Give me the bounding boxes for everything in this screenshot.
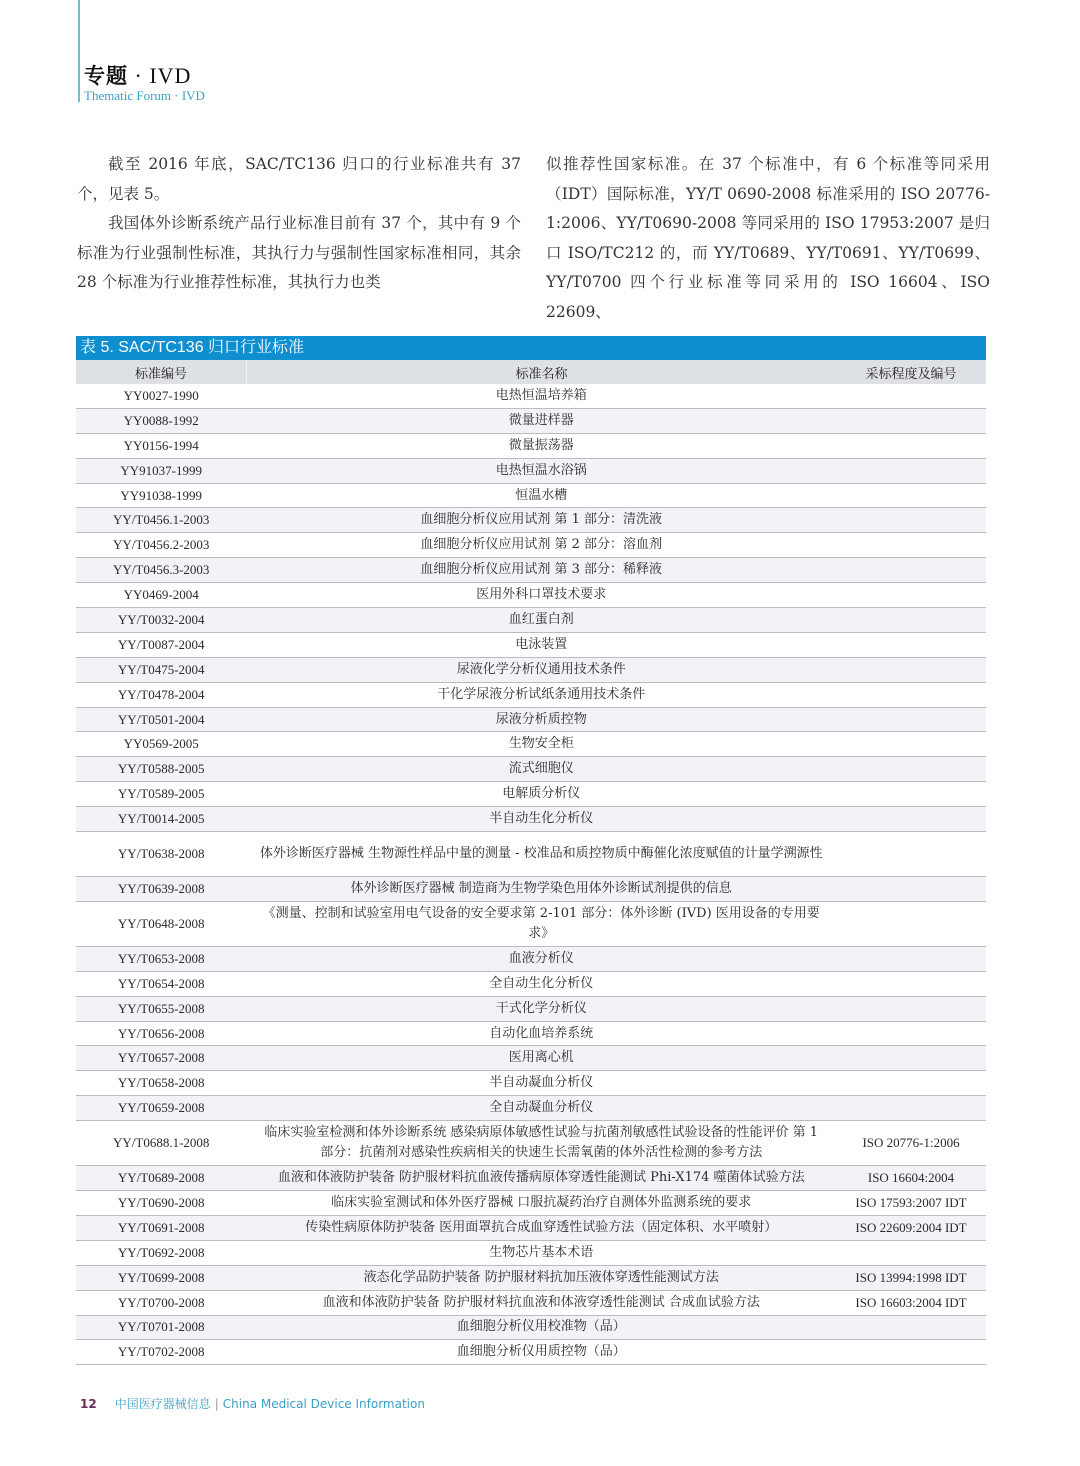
cell-code: YY91038-1999 bbox=[76, 483, 246, 508]
cell-code: YY/T0639-2008 bbox=[76, 877, 246, 902]
cell-iso: ISO 16604:2004 bbox=[836, 1166, 986, 1191]
cell-code: YY0156-1994 bbox=[76, 433, 246, 458]
cell-code: YY/T0690-2008 bbox=[76, 1191, 246, 1216]
cell-name: 血细胞分析仪应用试剂 第 3 部分：稀释液 bbox=[246, 558, 836, 583]
cell-name: 全自动生化分析仪 bbox=[246, 971, 836, 996]
cell-code: YY/T0655-2008 bbox=[76, 996, 246, 1021]
cell-name: 半自动生化分析仪 bbox=[246, 807, 836, 832]
table-row: YY/T0639-2008体外诊断医疗器械 制造商为生物学染色用体外诊断试剂提供… bbox=[76, 877, 986, 902]
table-row: YY/T0456.2-2003血细胞分析仪应用试剂 第 2 部分：溶血剂 bbox=[76, 533, 986, 558]
cell-code: YY/T0032-2004 bbox=[76, 608, 246, 633]
table-row: YY/T0655-2008干式化学分析仪 bbox=[76, 996, 986, 1021]
cell-iso bbox=[836, 832, 986, 877]
cell-code: YY/T0456.1-2003 bbox=[76, 508, 246, 533]
cell-iso bbox=[836, 1046, 986, 1071]
cell-code: YY/T0654-2008 bbox=[76, 971, 246, 996]
cell-iso: ISO 22609:2004 IDT bbox=[836, 1215, 986, 1240]
cell-name: 自动化血培养系统 bbox=[246, 1021, 836, 1046]
table-row: YY/T0589-2005电解质分析仪 bbox=[76, 782, 986, 807]
paragraph: 截至 2016 年底，SAC/TC136 归口的行业标准共有 37 个，见表 5… bbox=[77, 150, 521, 209]
cell-iso: ISO 16603:2004 IDT bbox=[836, 1290, 986, 1315]
table-row: YY/T0690-2008临床实验室测试和体外医疗器械 口服抗凝药治疗自测体外监… bbox=[76, 1191, 986, 1216]
page-number: 12 bbox=[80, 1397, 97, 1411]
cell-iso bbox=[836, 1315, 986, 1340]
cell-iso bbox=[836, 707, 986, 732]
cell-code: YY/T0475-2004 bbox=[76, 657, 246, 682]
table-row: YY/T0701-2008血细胞分析仪用校准物（品） bbox=[76, 1315, 986, 1340]
table-row: YY/T0014-2005半自动生化分析仪 bbox=[76, 807, 986, 832]
cell-iso bbox=[836, 807, 986, 832]
cell-iso bbox=[836, 657, 986, 682]
cell-code: YY/T0702-2008 bbox=[76, 1340, 246, 1365]
cell-iso bbox=[836, 682, 986, 707]
cell-name: 电热恒温培养箱 bbox=[246, 384, 836, 408]
table-row: YY/T0702-2008血细胞分析仪用质控物（品） bbox=[76, 1340, 986, 1365]
body-column-right: 似推荐性国家标准。在 37 个标准中，有 6 个标准等同采用（IDT）国际标准，… bbox=[546, 150, 990, 327]
cell-iso bbox=[836, 901, 986, 946]
table-row: YY/T0689-2008血液和体液防护装备 防护服材料抗血液传播病原体穿透性能… bbox=[76, 1166, 986, 1191]
cell-code: YY/T0589-2005 bbox=[76, 782, 246, 807]
table-row: YY/T0032-2004血红蛋白剂 bbox=[76, 608, 986, 633]
cell-name: 半自动凝血分析仪 bbox=[246, 1071, 836, 1096]
cell-code: YY/T0689-2008 bbox=[76, 1166, 246, 1191]
table-title: 表 5. SAC/TC136 归口行业标准 bbox=[76, 336, 986, 360]
cell-name: 干化学尿液分析试纸条通用技术条件 bbox=[246, 682, 836, 707]
table-row: YY/T0658-2008半自动凝血分析仪 bbox=[76, 1071, 986, 1096]
cell-code: YY/T0659-2008 bbox=[76, 1096, 246, 1121]
section-sep: · bbox=[128, 63, 149, 88]
cell-iso bbox=[836, 1021, 986, 1046]
cell-code: YY/T0456.2-2003 bbox=[76, 533, 246, 558]
cell-code: YY/T0691-2008 bbox=[76, 1215, 246, 1240]
cell-iso bbox=[836, 757, 986, 782]
column-header-name: 标准名称 bbox=[246, 360, 836, 384]
cell-code: YY/T0657-2008 bbox=[76, 1046, 246, 1071]
cell-iso bbox=[836, 533, 986, 558]
table-row: YY0088-1992微量进样器 bbox=[76, 408, 986, 433]
cell-code: YY/T0638-2008 bbox=[76, 832, 246, 877]
cell-name: 干式化学分析仪 bbox=[246, 996, 836, 1021]
cell-iso bbox=[836, 782, 986, 807]
cell-iso bbox=[836, 971, 986, 996]
cell-code: YY/T0658-2008 bbox=[76, 1071, 246, 1096]
cell-code: YY/T0699-2008 bbox=[76, 1265, 246, 1290]
table-row: YY0156-1994微量振荡器 bbox=[76, 433, 986, 458]
table-row: YY/T0691-2008传染性病原体防护装备 医用面罩抗合成血穿透性试验方法（… bbox=[76, 1215, 986, 1240]
table-row: YY/T0657-2008医用离心机 bbox=[76, 1046, 986, 1071]
cell-code: YY/T0014-2005 bbox=[76, 807, 246, 832]
column-header-code: 标准编号 bbox=[76, 360, 246, 384]
table-row: YY/T0478-2004干化学尿液分析试纸条通用技术条件 bbox=[76, 682, 986, 707]
cell-name: 临床实验室检测和体外诊断系统 感染病原体敏感性试验与抗菌剂敏感性试验设备的性能评… bbox=[246, 1121, 836, 1166]
cell-name: 血液和体液防护装备 防护服材料抗血液和体液穿透性能测试 合成血试验方法 bbox=[246, 1290, 836, 1315]
cell-iso bbox=[836, 1071, 986, 1096]
section-topic: IVD bbox=[149, 63, 191, 88]
standards-table: 表 5. SAC/TC136 归口行业标准 标准编号 标准名称 采标程度及编号 … bbox=[76, 336, 986, 1365]
table-row: YY/T0653-2008血液分析仪 bbox=[76, 946, 986, 971]
cell-name: 血红蛋白剂 bbox=[246, 608, 836, 633]
page-footer: 12中国医疗器械信息|China Medical Device Informat… bbox=[80, 1395, 425, 1412]
cell-iso bbox=[836, 433, 986, 458]
section-subtitle: Thematic Forum · IVD bbox=[84, 88, 205, 104]
table-row: YY0469-2004医用外科口罩技术要求 bbox=[76, 583, 986, 608]
paragraph: 似推荐性国家标准。在 37 个标准中，有 6 个标准等同采用（IDT）国际标准，… bbox=[546, 150, 990, 327]
cell-code: YY0027-1990 bbox=[76, 384, 246, 408]
cell-code: YY/T0501-2004 bbox=[76, 707, 246, 732]
cell-name: 血细胞分析仪应用试剂 第 1 部分：清洗液 bbox=[246, 508, 836, 533]
table-row: YY91038-1999恒温水槽 bbox=[76, 483, 986, 508]
cell-name: 血细胞分析仪用质控物（品） bbox=[246, 1340, 836, 1365]
cell-iso bbox=[836, 877, 986, 902]
section-heading: 专题 · IVD bbox=[84, 60, 191, 90]
cell-name: 恒温水槽 bbox=[246, 483, 836, 508]
table-row: YY91037-1999电热恒温水浴锅 bbox=[76, 458, 986, 483]
cell-name: 液态化学品防护装备 防护服材料抗加压液体穿透性能测试方法 bbox=[246, 1265, 836, 1290]
cell-code: YY0469-2004 bbox=[76, 583, 246, 608]
table-row: YY/T0456.3-2003血细胞分析仪应用试剂 第 3 部分：稀释液 bbox=[76, 558, 986, 583]
cell-code: YY/T0648-2008 bbox=[76, 901, 246, 946]
section-cn: 专题 bbox=[84, 64, 128, 88]
publication-cn: 中国医疗器械信息 bbox=[115, 1397, 211, 1411]
section-rule bbox=[78, 0, 80, 102]
cell-name: 尿液化学分析仪通用技术条件 bbox=[246, 657, 836, 682]
cell-code: YY/T0692-2008 bbox=[76, 1240, 246, 1265]
table-row: YY0569-2005生物安全柜 bbox=[76, 732, 986, 757]
cell-name: 血细胞分析仪应用试剂 第 2 部分：溶血剂 bbox=[246, 533, 836, 558]
cell-name: 临床实验室测试和体外医疗器械 口服抗凝药治疗自测体外监测系统的要求 bbox=[246, 1191, 836, 1216]
cell-iso bbox=[836, 408, 986, 433]
cell-name: 电泳装置 bbox=[246, 632, 836, 657]
cell-name: 生物安全柜 bbox=[246, 732, 836, 757]
table-row: YY/T0475-2004尿液化学分析仪通用技术条件 bbox=[76, 657, 986, 682]
table-row: YY/T0588-2005流式细胞仪 bbox=[76, 757, 986, 782]
table-row: YY/T0700-2008血液和体液防护装备 防护服材料抗血液和体液穿透性能测试… bbox=[76, 1290, 986, 1315]
table-row: YY/T0692-2008生物芯片基本术语 bbox=[76, 1240, 986, 1265]
cell-code: YY/T0700-2008 bbox=[76, 1290, 246, 1315]
cell-name: 体外诊断医疗器械 制造商为生物学染色用体外诊断试剂提供的信息 bbox=[246, 877, 836, 902]
cell-iso bbox=[836, 946, 986, 971]
cell-code: YY91037-1999 bbox=[76, 458, 246, 483]
publication-en: China Medical Device Information bbox=[223, 1397, 425, 1411]
cell-code: YY/T0588-2005 bbox=[76, 757, 246, 782]
cell-name: 流式细胞仪 bbox=[246, 757, 836, 782]
cell-code: YY/T0688.1-2008 bbox=[76, 1121, 246, 1166]
cell-iso bbox=[836, 483, 986, 508]
cell-code: YY/T0478-2004 bbox=[76, 682, 246, 707]
cell-name: 电热恒温水浴锅 bbox=[246, 458, 836, 483]
cell-iso bbox=[836, 508, 986, 533]
table-row: YY/T0659-2008全自动凝血分析仪 bbox=[76, 1096, 986, 1121]
cell-iso bbox=[836, 583, 986, 608]
cell-name: 电解质分析仪 bbox=[246, 782, 836, 807]
table-row: YY/T0501-2004尿液分析质控物 bbox=[76, 707, 986, 732]
cell-name: 医用离心机 bbox=[246, 1046, 836, 1071]
paragraph: 我国体外诊断系统产品行业标准目前有 37 个，其中有 9 个标准为行业强制性标准… bbox=[77, 209, 521, 298]
table-row: YY0027-1990电热恒温培养箱 bbox=[76, 384, 986, 408]
cell-iso bbox=[836, 558, 986, 583]
cell-code: YY/T0701-2008 bbox=[76, 1315, 246, 1340]
cell-name: 微量进样器 bbox=[246, 408, 836, 433]
table-row: YY/T0638-2008体外诊断医疗器械 生物源性样品中量的测量 - 校准品和… bbox=[76, 832, 986, 877]
cell-code: YY0088-1992 bbox=[76, 408, 246, 433]
cell-name: 传染性病原体防护装备 医用面罩抗合成血穿透性试验方法（固定体积、水平喷射） bbox=[246, 1215, 836, 1240]
cell-name: 医用外科口罩技术要求 bbox=[246, 583, 836, 608]
table-row: YY/T0087-2004电泳装置 bbox=[76, 632, 986, 657]
cell-code: YY/T0456.3-2003 bbox=[76, 558, 246, 583]
cell-name: 尿液分析质控物 bbox=[246, 707, 836, 732]
cell-iso bbox=[836, 996, 986, 1021]
cell-code: YY/T0656-2008 bbox=[76, 1021, 246, 1046]
cell-iso bbox=[836, 632, 986, 657]
table-body: YY0027-1990电热恒温培养箱YY0088-1992微量进样器YY0156… bbox=[76, 384, 986, 1365]
cell-iso bbox=[836, 608, 986, 633]
cell-iso: ISO 17593:2007 IDT bbox=[836, 1191, 986, 1216]
cell-iso bbox=[836, 458, 986, 483]
cell-iso: ISO 20776-1:2006 bbox=[836, 1121, 986, 1166]
table-row: YY/T0656-2008自动化血培养系统 bbox=[76, 1021, 986, 1046]
table-row: YY/T0688.1-2008临床实验室检测和体外诊断系统 感染病原体敏感性试验… bbox=[76, 1121, 986, 1166]
cell-iso: ISO 13994:1998 IDT bbox=[836, 1265, 986, 1290]
table-row: YY/T0648-2008《测量、控制和试验室用电气设备的安全要求第 2-101… bbox=[76, 901, 986, 946]
table-row: YY/T0699-2008液态化学品防护装备 防护服材料抗加压液体穿透性能测试方… bbox=[76, 1265, 986, 1290]
cell-name: 全自动凝血分析仪 bbox=[246, 1096, 836, 1121]
cell-name: 血液和体液防护装备 防护服材料抗血液传播病原体穿透性能测试 Phi-X174 噬… bbox=[246, 1166, 836, 1191]
cell-name: 微量振荡器 bbox=[246, 433, 836, 458]
cell-iso bbox=[836, 1096, 986, 1121]
cell-name: 生物芯片基本术语 bbox=[246, 1240, 836, 1265]
table-header-row: 标准编号 标准名称 采标程度及编号 bbox=[76, 360, 986, 384]
table-row: YY/T0456.1-2003血细胞分析仪应用试剂 第 1 部分：清洗液 bbox=[76, 508, 986, 533]
cell-code: YY0569-2005 bbox=[76, 732, 246, 757]
cell-iso bbox=[836, 732, 986, 757]
cell-code: YY/T0653-2008 bbox=[76, 946, 246, 971]
cell-name: 体外诊断医疗器械 生物源性样品中量的测量 - 校准品和质控物质中酶催化浓度赋值的… bbox=[246, 832, 836, 877]
column-header-iso: 采标程度及编号 bbox=[836, 360, 986, 384]
footer-separator: | bbox=[215, 1397, 219, 1411]
cell-iso bbox=[836, 1240, 986, 1265]
cell-code: YY/T0087-2004 bbox=[76, 632, 246, 657]
cell-name: 《测量、控制和试验室用电气设备的安全要求第 2-101 部分：体外诊断 (IVD… bbox=[246, 901, 836, 946]
cell-iso bbox=[836, 1340, 986, 1365]
cell-iso bbox=[836, 384, 986, 408]
table-row: YY/T0654-2008全自动生化分析仪 bbox=[76, 971, 986, 996]
body-column-left: 截至 2016 年底，SAC/TC136 归口的行业标准共有 37 个，见表 5… bbox=[77, 150, 521, 298]
cell-name: 血细胞分析仪用校准物（品） bbox=[246, 1315, 836, 1340]
cell-name: 血液分析仪 bbox=[246, 946, 836, 971]
